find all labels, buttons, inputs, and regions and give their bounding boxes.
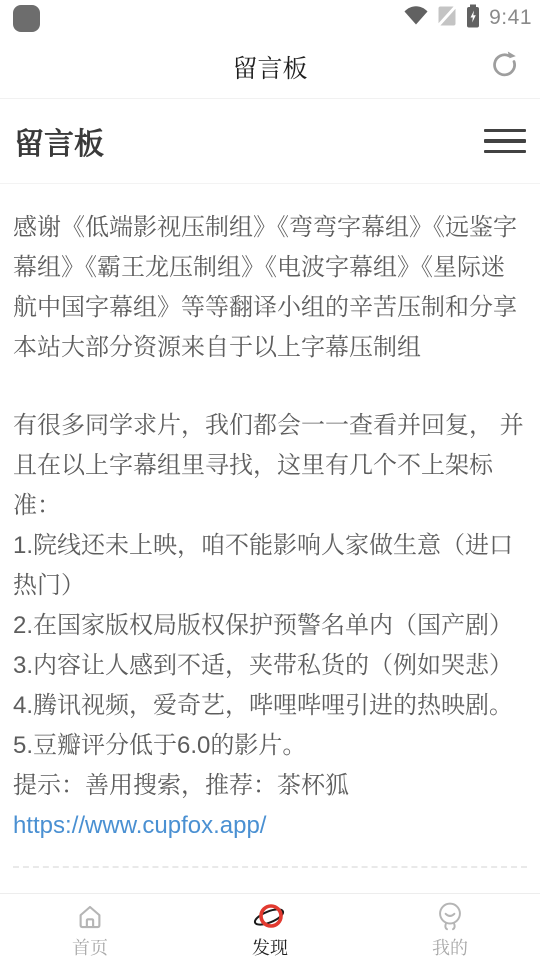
message-board-content: 感谢《低端影视压制组》《弯弯字幕组》《远鉴字幕组》《霸王龙压制组》《电波字幕组》… [0,184,540,846]
profile-icon [436,901,464,932]
paragraph: 有很多同学求片，我们都会一一查看并回复， 并且在以上字幕组里寻找，这里有几个不上… [13,406,527,526]
refresh-icon [490,50,520,85]
app-bar: 留言板 [0,36,540,99]
battery-charging-icon [466,4,480,33]
tab-discover[interactable]: 发现 [180,894,360,960]
hamburger-icon[interactable] [484,125,526,158]
page-title: 留言板 [14,119,104,163]
rule-item: 5.豆瓣评分低于6.0的影片。 [13,726,527,766]
rule-item: 3.内容让人感到不适，夹带私货的（例如哭悲） [13,646,527,686]
discover-icon [251,901,289,932]
rule-item: 2.在国家版权局版权保护预警名单内（国产剧） [13,606,527,646]
status-bar: 9:41 [0,0,540,36]
status-bar-right: 9:41 [404,4,532,33]
paragraph: 本站大部分资源来自于以上字幕压制组 [13,328,527,368]
status-time: 9:41 [489,6,532,30]
bottom-tab-bar: 首页 发现 我的 [0,893,540,960]
tab-label-profile: 我的 [432,934,468,960]
cupfox-link[interactable]: https://www.cupfox.app/ [13,812,266,839]
hint-text: 提示：善用搜索，推荐：茶杯狐 [13,766,527,806]
tab-home[interactable]: 首页 [0,894,180,960]
refresh-button[interactable] [488,50,522,84]
app-chip-icon [13,5,40,32]
paragraph: 感谢《低端影视压制组》《弯弯字幕组》《远鉴字幕组》《霸王龙压制组》《电波字幕组》… [13,208,527,328]
dashed-divider [13,866,527,868]
rule-item: 1.院线还未上映，咱不能影响人家做生意（进口热门） [13,526,527,606]
tab-label-home: 首页 [72,934,108,960]
rule-item: 4.腾讯视频，爱奇艺，哔哩哔哩引进的热映剧。 [13,686,527,726]
page-header: 留言板 [0,99,540,184]
tab-profile[interactable]: 我的 [360,894,540,960]
app-bar-title: 留言板 [232,49,307,85]
tab-label-discover: 发现 [252,934,288,960]
home-icon [75,901,105,932]
no-sim-icon [437,5,457,32]
wifi-icon [404,6,428,30]
